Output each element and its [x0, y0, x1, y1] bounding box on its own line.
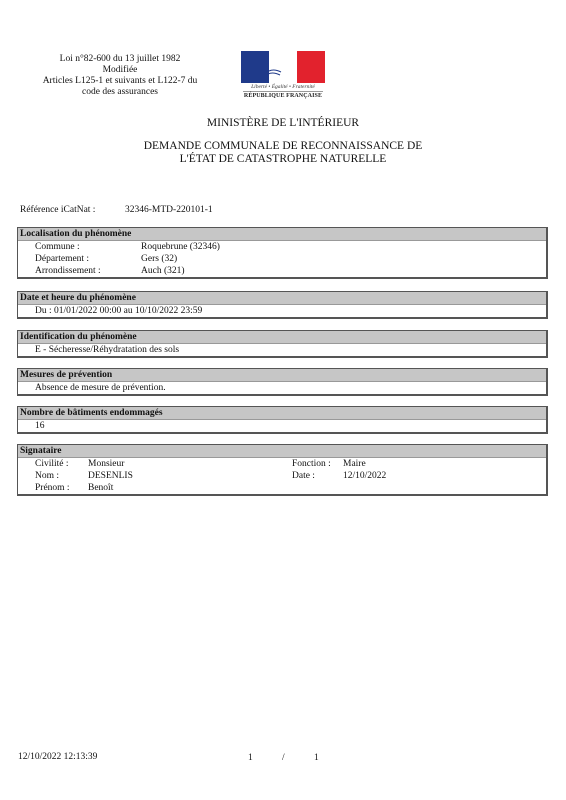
marianne-profile-icon [263, 53, 295, 81]
section-date: Date et heure du phénomène Du : 01/01/20… [17, 291, 548, 319]
section-header: Signataire [18, 445, 546, 458]
page-separator: / [282, 753, 285, 763]
republique-name: RÉPUBLIQUE FRANÇAISE [241, 93, 325, 99]
marianne-flag-icon [241, 51, 325, 83]
ministry-name: MINISTÈRE DE L'INTÉRIEUR [0, 117, 566, 129]
section-identification: Identification du phénomène E - Sécheres… [17, 330, 548, 358]
batiments-value: 16 [35, 420, 45, 432]
law-reference: Loi n°82-600 du 13 juillet 1982 Modifiée… [20, 54, 220, 98]
arrondissement-label: Arrondissement : [35, 265, 101, 277]
prenom-label: Prénom : [35, 482, 70, 494]
fonction-value: Maire [343, 458, 366, 470]
departement-label: Département : [35, 253, 89, 265]
identification-value: E - Sécheresse/Réhydratation des sols [35, 344, 179, 356]
prevention-value: Absence de mesure de prévention. [35, 382, 166, 394]
print-timestamp: 12/10/2022 12:13:39 [18, 752, 97, 762]
law-line: code des assurances [20, 87, 220, 98]
date-signature-value: 12/10/2022 [343, 470, 386, 482]
section-batiments: Nombre de bâtiments endommagés 16 [17, 406, 548, 434]
section-header: Identification du phénomène [18, 331, 546, 344]
reference-label: Référence iCatNat : [20, 205, 95, 215]
arrondissement-value: Auch (321) [141, 265, 185, 277]
date-value: Du : 01/01/2022 00:00 au 10/10/2022 23:5… [35, 305, 202, 317]
law-line: Loi n°82-600 du 13 juillet 1982 [20, 54, 220, 65]
nom-value: DESENLIS [88, 470, 133, 482]
page-title: DEMANDE COMMUNALE DE RECONNAISSANCE DE L… [0, 140, 566, 166]
law-line: Modifiée [20, 65, 220, 76]
fonction-label: Fonction : [292, 458, 331, 470]
date-signature-label: Date : [292, 470, 315, 482]
nom-label: Nom : [35, 470, 59, 482]
law-line: Articles L125-1 et suivants et L122-7 du [20, 76, 220, 87]
reference-value: 32346-MTD-220101-1 [125, 205, 213, 215]
section-header: Mesures de prévention [18, 369, 546, 382]
page-number: 1 [248, 753, 253, 763]
commune-label: Commune : [35, 241, 80, 253]
commune-value: Roquebrune (32346) [141, 241, 220, 253]
section-header: Localisation du phénomène [18, 228, 546, 241]
page-total: 1 [314, 753, 319, 763]
section-localisation: Localisation du phénomène Commune :Roque… [17, 227, 548, 279]
departement-value: Gers (32) [141, 253, 177, 265]
civilite-value: Monsieur [88, 458, 124, 470]
section-header: Date et heure du phénomène [18, 292, 546, 305]
prenom-value: Benoît [88, 482, 113, 494]
section-signataire: Signataire Civilité : Monsieur Fonction … [17, 444, 548, 496]
civilite-label: Civilité : [35, 458, 69, 470]
republique-francaise-logo: Liberté • Égalité • Fraternité RÉPUBLIQU… [241, 51, 325, 103]
section-header: Nombre de bâtiments endommagés [18, 407, 546, 420]
section-prevention: Mesures de prévention Absence de mesure … [17, 368, 548, 396]
motto: Liberté • Égalité • Fraternité [241, 83, 325, 91]
